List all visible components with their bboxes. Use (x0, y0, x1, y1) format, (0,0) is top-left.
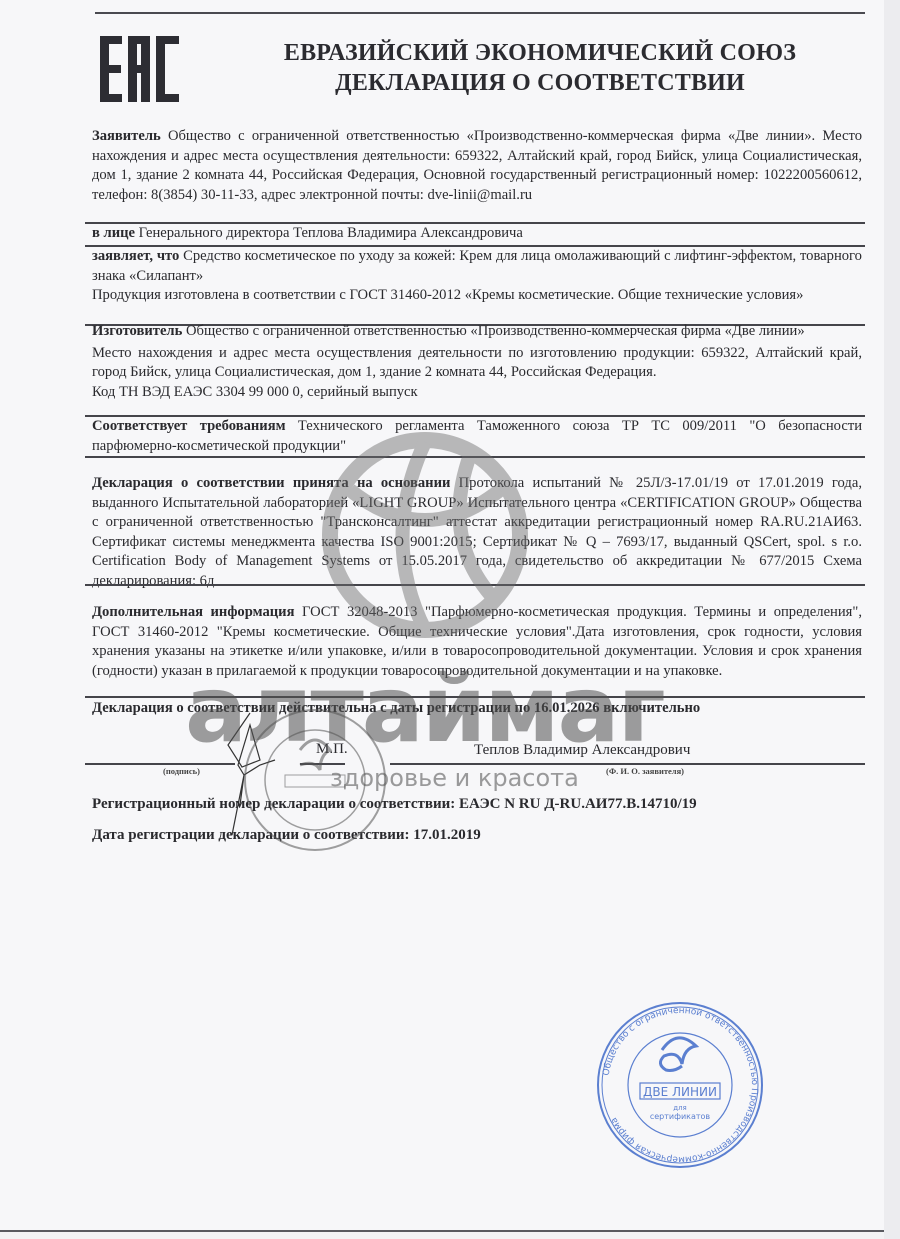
top-rule (95, 12, 865, 14)
svg-text:для: для (673, 1104, 687, 1112)
signature-line (85, 763, 235, 765)
watermark-ball-icon (320, 430, 530, 640)
declares-label: заявляет, что (92, 248, 179, 264)
signature-caption: (подпись) (163, 766, 200, 776)
document-header: ЕВРАЗИЙСКИЙ ЭКОНОМИЧЕСКИЙ СОЮЗ ДЕКЛАРАЦИ… (240, 38, 840, 98)
conforms-label: Соответствует требованиям (92, 418, 286, 434)
represented-by-label: в лице (92, 225, 135, 241)
watermark-subtitle: здоровье и красота (330, 764, 579, 792)
eac-logo-icon (98, 34, 182, 104)
manufacturer-address: Место нахождения и адрес места осуществл… (92, 344, 862, 383)
scan-bottom-edge (0, 1230, 884, 1232)
registration-number: ЕАЭС N RU Д-RU.АИ77.В.14710/19 (459, 796, 697, 812)
scan-edge (884, 0, 900, 1239)
additional-info-label: Дополнительная информация (92, 604, 294, 620)
manufacturer-section: Изготовитель Общество с ограниченной отв… (92, 322, 862, 402)
applicant-label: Заявитель (92, 128, 161, 144)
manufacturer-label: Изготовитель (92, 323, 182, 339)
company-seal: Общество с ограниченной ответственностью… (590, 995, 770, 1175)
represented-by-section: в лице Генерального директора Теплова Вл… (92, 224, 862, 244)
hs-code: Код ТН ВЭД ЕАЭС 3304 99 000 0, серийный … (92, 383, 862, 403)
watermark-text: алтаймаг (185, 660, 664, 760)
svg-text:сертификатов: сертификатов (650, 1112, 711, 1121)
product-standard: Продукция изготовлена в соответствии с Г… (92, 286, 862, 306)
registration-date-row: Дата регистрации декларации о соответств… (92, 826, 862, 846)
svg-text:ДВЕ ЛИНИИ: ДВЕ ЛИНИИ (643, 1085, 717, 1099)
applicant-section: Заявитель Общество с ограниченной ответс… (92, 127, 862, 205)
registration-date: 17.01.2019 (413, 827, 481, 843)
represented-by-text: Генерального директора Теплова Владимира… (135, 225, 523, 241)
company-seal-icon: Общество с ограниченной ответственностью… (590, 995, 770, 1175)
header-title-union: ЕВРАЗИЙСКИЙ ЭКОНОМИЧЕСКИЙ СОЮЗ (240, 38, 840, 68)
registration-number-row: Регистрационный номер декларации о соотв… (92, 795, 862, 815)
applicant-text: Общество с ограниченной ответственностью… (92, 128, 862, 203)
name-caption: (Ф. И. О. заявителя) (606, 766, 684, 776)
header-title-declaration: ДЕКЛАРАЦИЯ О СООТВЕТСТВИИ (240, 68, 840, 98)
manufacturer-text: Общество с ограниченной ответственностью… (182, 323, 804, 339)
declares-text: Средство косметическое по уходу за кожей… (92, 248, 862, 284)
declaration-page: ЕВРАЗИЙСКИЙ ЭКОНОМИЧЕСКИЙ СОЮЗ ДЕКЛАРАЦИ… (0, 0, 884, 1230)
declares-section: заявляет, что Средство косметическое по … (92, 247, 862, 306)
